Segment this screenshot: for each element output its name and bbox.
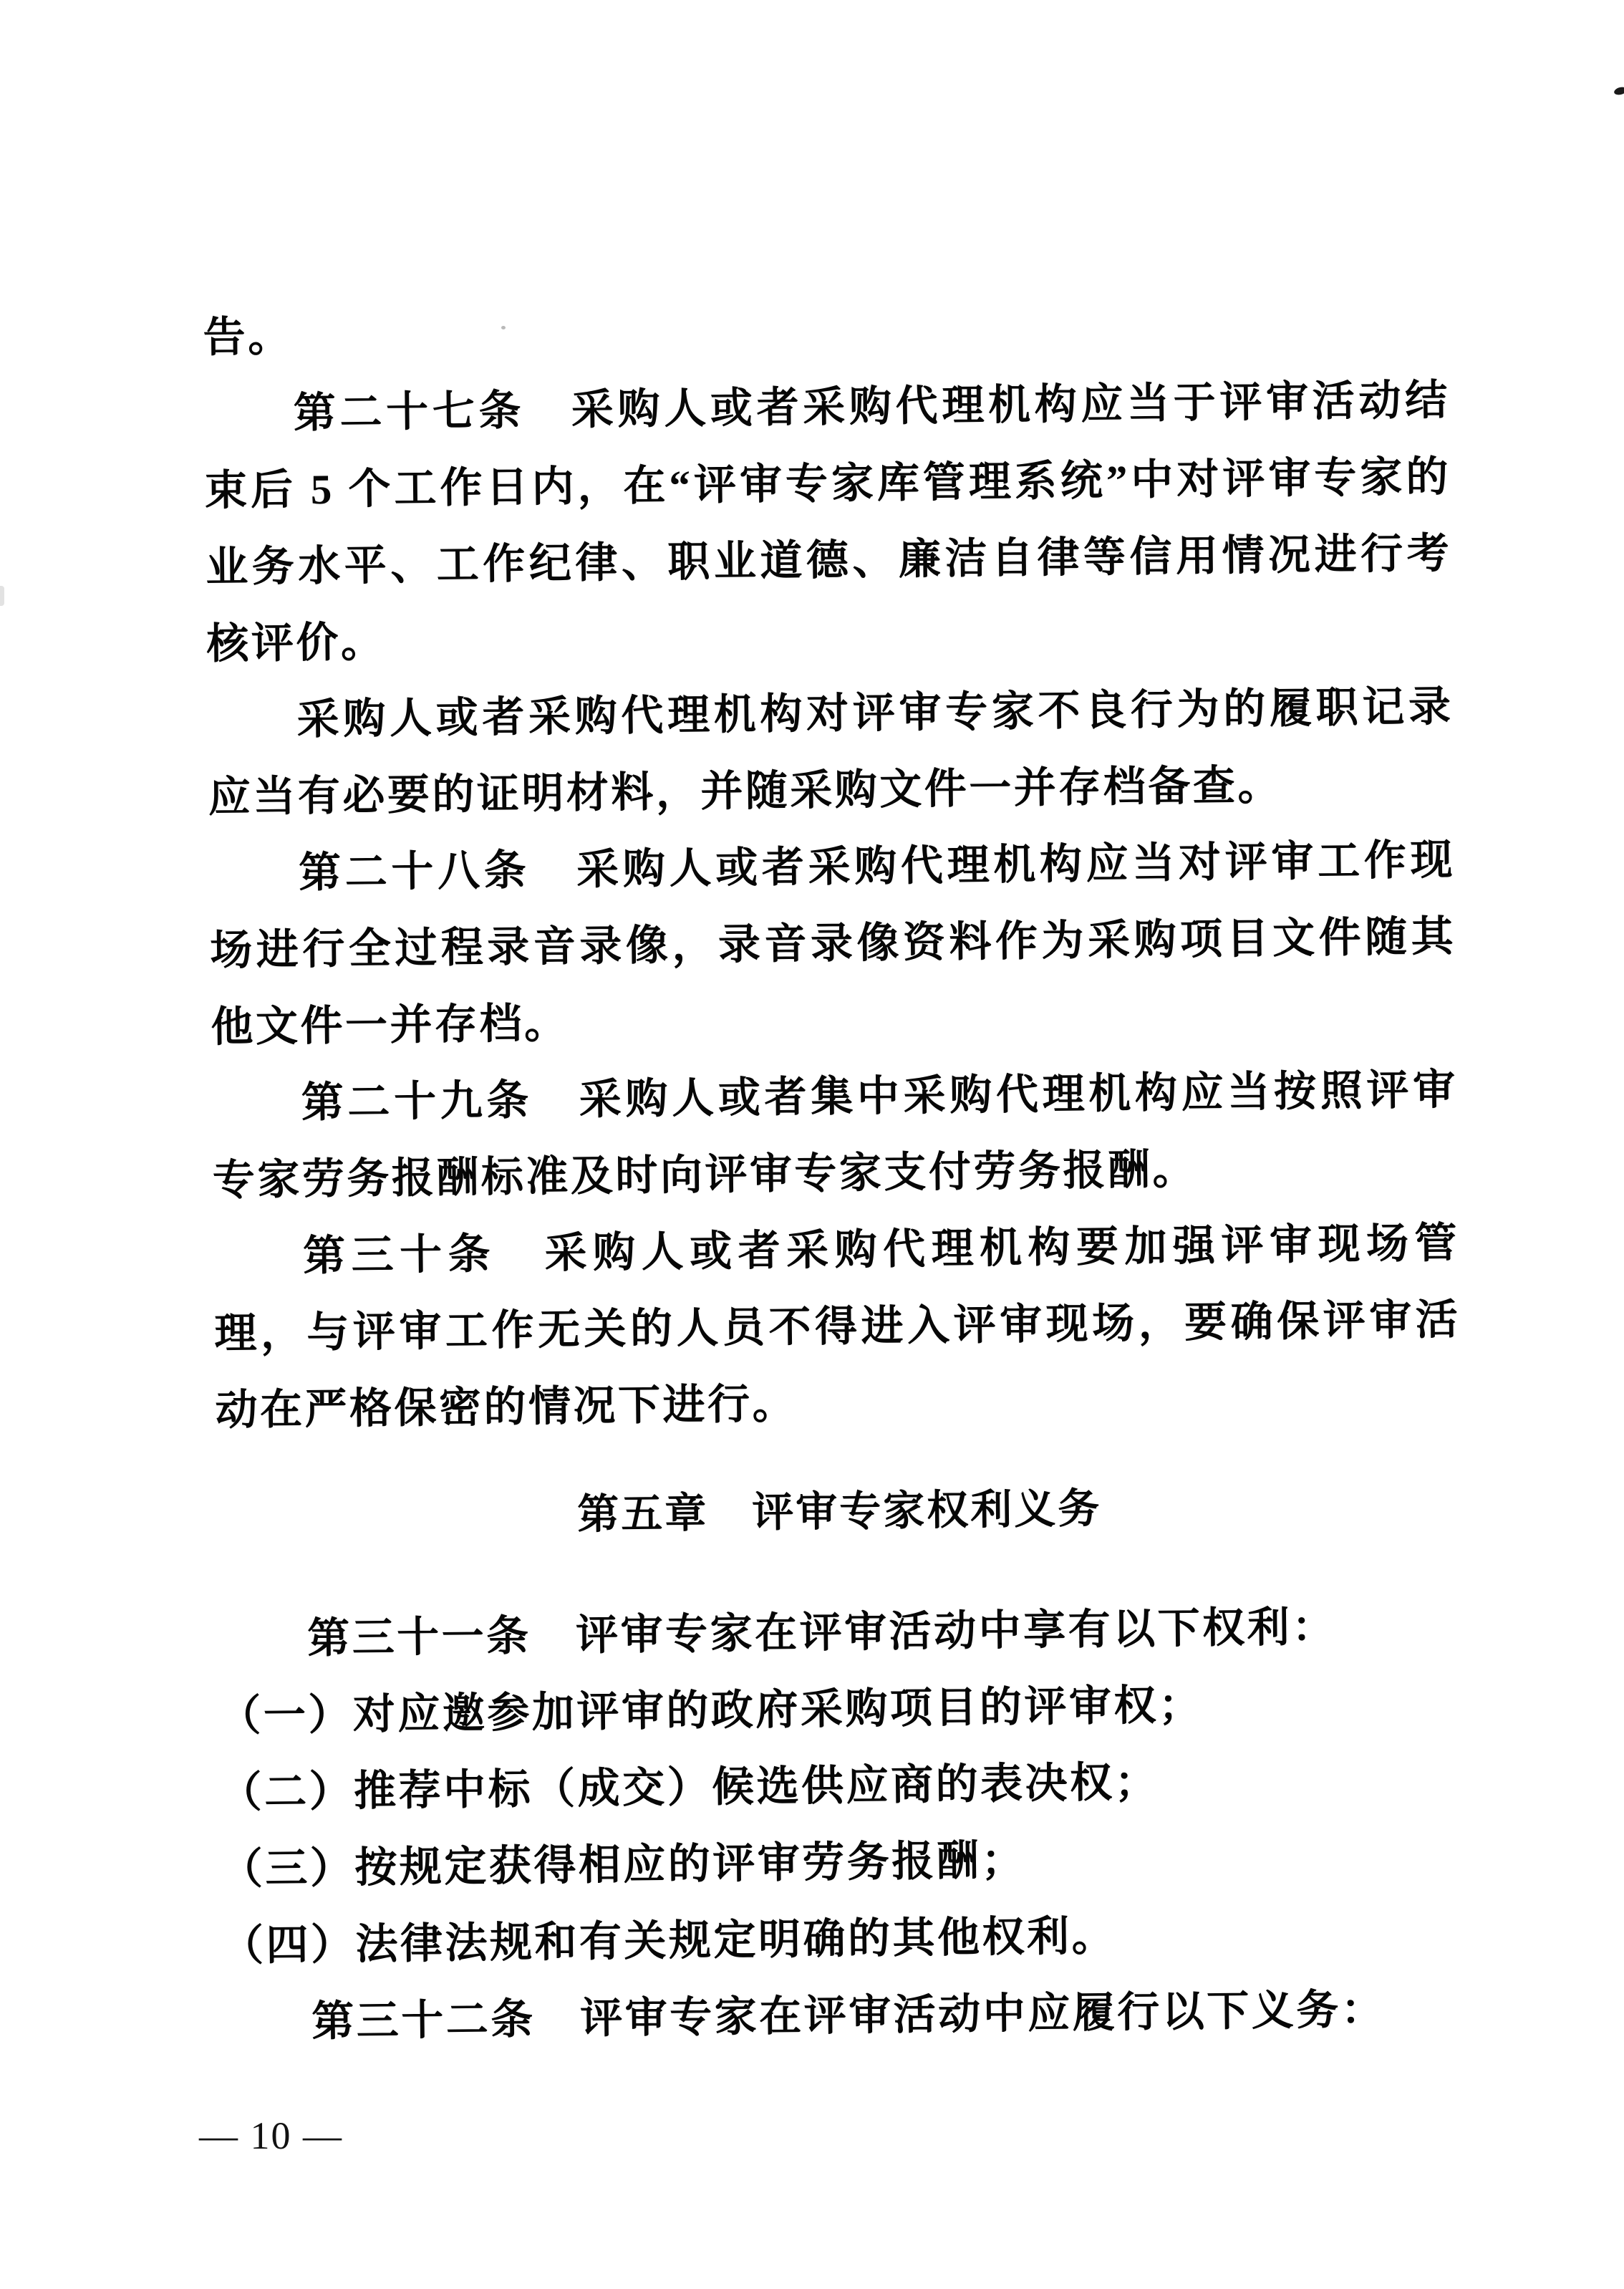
article-31-item-3: （三）按规定获得相应的评审劳务报酬； [220, 1817, 1466, 1908]
paragraph-continuation: 告。 [203, 285, 1449, 376]
article-28-paragraph: 第二十八条 采购人或者采购代理机构应当对评审工作现场进行全过程录音录像，录音录像… [208, 821, 1457, 1066]
article-32-paragraph: 第三十二条 评审专家在评审活动中应履行以下义务： [222, 1970, 1469, 2061]
article-32-number: 第三十二条 [311, 1995, 536, 2045]
article-31-text: 评审专家在评审活动中享有以下权利： [531, 1603, 1337, 1659]
article-27-paragraph-2: 采购人或者采购代理机构对评审专家不良行为的履职记录应当有必要的证明材料，并随采购… [207, 668, 1454, 836]
chapter-5-heading: 第五章 评审专家权利义务 [216, 1466, 1463, 1557]
article-30-paragraph: 第三十条 采购人或者采购代理机构要加强评审现场管理，与评审工作无关的人员不得进入… [213, 1205, 1462, 1449]
article-28-number: 第二十八条 [299, 847, 531, 897]
page-body-text: 告。 第二十七条 采购人或者采购代理机构应当于评审活动结束后 5 个工作日内，在… [203, 285, 1469, 2061]
scan-artifact-speck [1613, 86, 1624, 96]
article-31-number: 第三十一条 [307, 1612, 531, 1662]
article-31-item-2: （二）推荐中标（成交）候选供应商的表决权； [219, 1740, 1466, 1831]
article-31-item-1: （一）对应邀参加评审的政府采购项目的评审权； [218, 1664, 1465, 1755]
article-27-number: 第二十七条 [293, 387, 525, 437]
article-29-paragraph: 第二十九条 采购人或者集中采购代理机构应当按照评审专家劳务报酬标准及时向评审专家… [211, 1051, 1459, 1219]
article-32-text: 评审专家在评审活动中应履行以下义务： [535, 1985, 1386, 2042]
page-number: — 10 — [199, 2114, 343, 2157]
scan-artifact-left-edge [0, 586, 4, 606]
article-31-item-4: （四）法律法规和有关规定明确的其他权利。 [221, 1894, 1467, 1985]
article-30-number: 第三十条 [303, 1230, 497, 1279]
article-31-paragraph: 第三十一条 评审专家在评审活动中享有以下权利： [218, 1587, 1464, 1678]
scan-artifact-dot [501, 326, 506, 329]
scanned-document-page: 告。 第二十七条 采购人或者采购代理机构应当于评审活动结束后 5 个工作日内，在… [0, 0, 1624, 2289]
article-27-paragraph: 第二十七条 采购人或者采购代理机构应当于评审活动结束后 5 个工作日内，在“评审… [203, 362, 1453, 683]
article-29-number: 第二十九条 [301, 1076, 533, 1127]
